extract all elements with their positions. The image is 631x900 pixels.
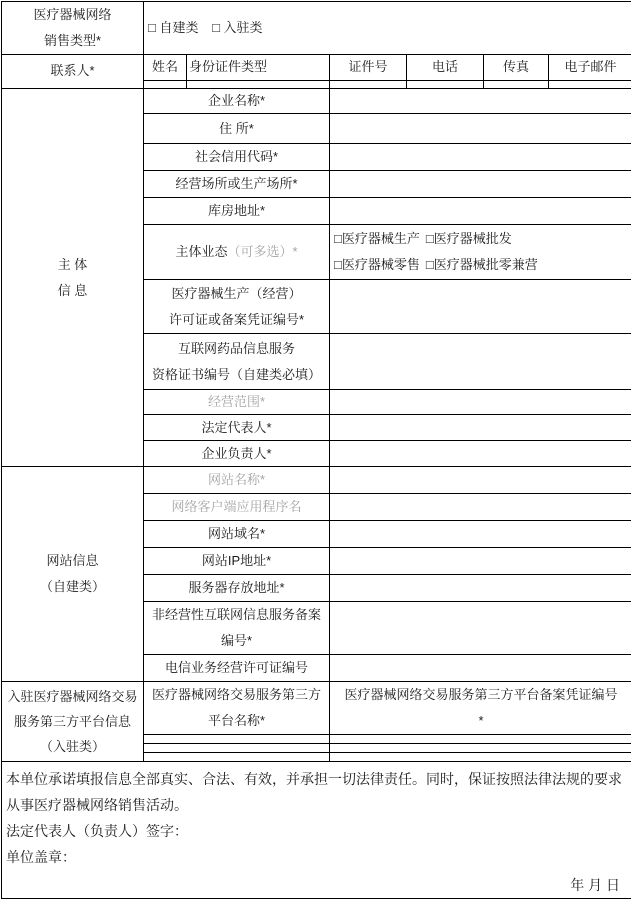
- contact-input-id-type[interactable]: [187, 81, 330, 89]
- platform-name-label-line1: 医疗器械网络交易服务第三方: [144, 682, 329, 708]
- platform-cert-input-row2[interactable]: [330, 744, 631, 753]
- legal-representative-label: 法定代表人*: [144, 415, 330, 441]
- subject-section-label-line1: 主 体: [2, 252, 143, 278]
- contact-input-fax[interactable]: [484, 81, 549, 89]
- internet-drug-cert-label-line1: 互联网药品信息服务: [144, 336, 329, 362]
- license-number-label-cell: 医疗器械生产（经营） 许可证或备案凭证编号*: [144, 280, 330, 334]
- icp-record-label-line2: 编号*: [144, 628, 329, 654]
- subject-section-label-cell: 主 体 信 息: [2, 89, 144, 467]
- icp-record-label-line1: 非经营性互联网信息服务备案: [144, 602, 329, 628]
- telecom-license-input[interactable]: [330, 655, 631, 682]
- legal-representative-input[interactable]: [330, 415, 631, 441]
- declaration-line1: 本单位承诺填报信息全部真实、合法、有效，并承担一切法律责任。同时，保证按照法律法…: [6, 766, 628, 792]
- sales-type-options-cell: □ 自建类 □ 入驻类: [144, 2, 631, 55]
- company-head-input[interactable]: [330, 441, 631, 467]
- platform-cert-label-cell: 医疗器械网络交易服务第三方平台备案凭证编号 *: [330, 682, 631, 735]
- checkbox-device-wholesale[interactable]: □医疗器械批发: [426, 231, 512, 246]
- business-type-label-suffix: （可多选）*: [227, 244, 297, 259]
- internet-drug-cert-label-line2: 资格证书编号（自建类必填）: [144, 362, 329, 388]
- business-type-label-cell: 主体业态（可多选）*: [144, 225, 330, 280]
- warehouse-input[interactable]: [330, 198, 631, 225]
- platform-name-label-line2: 平台名称*: [144, 708, 329, 734]
- platform-section-label-line2: 服务第三方平台信息: [2, 709, 143, 734]
- company-name-label: 企业名称*: [144, 89, 330, 114]
- company-head-label: 企业负责人*: [144, 441, 330, 467]
- icp-record-label-cell: 非经营性互联网信息服务备案 编号*: [144, 602, 330, 655]
- platform-name-input-row3[interactable]: [144, 753, 330, 762]
- business-type-options-cell: □医疗器械生产□医疗器械批发 □医疗器械零售□医疗器械批零兼营: [330, 225, 631, 280]
- domain-label: 网站域名*: [144, 521, 330, 548]
- contact-input-name[interactable]: [144, 81, 187, 89]
- subject-section-label-line2: 信 息: [2, 278, 143, 304]
- icp-record-input[interactable]: [330, 602, 631, 655]
- platform-cert-input-row1[interactable]: [330, 735, 631, 744]
- business-type-label: 主体业态: [175, 244, 227, 259]
- website-section-label-line1: 网站信息: [2, 548, 143, 574]
- contact-col-id-number: 证件号: [330, 55, 407, 81]
- client-app-label: 网络客户端应用程序名: [144, 494, 330, 521]
- platform-name-input-row2[interactable]: [144, 744, 330, 753]
- warehouse-label: 库房地址*: [144, 198, 330, 225]
- credit-code-input[interactable]: [330, 144, 631, 171]
- contact-col-id-type: 身份证件类型: [187, 55, 330, 81]
- ip-address-label: 网站IP地址*: [144, 548, 330, 575]
- platform-cert-input-row3[interactable]: [330, 753, 631, 762]
- registration-form-table: 医疗器械网络 销售类型* □ 自建类 □ 入驻类 联系人* 姓名 身份证件类型 …: [1, 1, 631, 899]
- license-number-input[interactable]: [330, 280, 631, 334]
- internet-drug-cert-input[interactable]: [330, 334, 631, 390]
- checkbox-device-production[interactable]: □医疗器械生产: [334, 231, 420, 246]
- checkbox-device-retail[interactable]: □医疗器械零售: [334, 257, 420, 272]
- website-section-label-cell: 网站信息 （自建类）: [2, 467, 144, 682]
- premises-input[interactable]: [330, 171, 631, 198]
- contact-input-email[interactable]: [549, 81, 631, 89]
- residence-input[interactable]: [330, 114, 631, 144]
- platform-cert-label-line2: *: [330, 708, 631, 734]
- contact-col-fax: 传真: [484, 55, 549, 81]
- ip-address-input[interactable]: [330, 548, 631, 575]
- platform-section-label-line1: 入驻医疗器械网络交易: [2, 684, 143, 709]
- server-address-label: 服务器存放地址*: [144, 575, 330, 602]
- website-section-label-line2: （自建类）: [2, 574, 143, 600]
- platform-section-label-cell: 入驻医疗器械网络交易 服务第三方平台信息 （入驻类）: [2, 682, 144, 762]
- site-name-input[interactable]: [330, 467, 631, 494]
- internet-drug-cert-label-cell: 互联网药品信息服务 资格证书编号（自建类必填）: [144, 334, 330, 390]
- client-app-input[interactable]: [330, 494, 631, 521]
- contact-col-name: 姓名: [144, 55, 187, 81]
- premises-label: 经营场所或生产场所*: [144, 171, 330, 198]
- signature-label: 法定代表人（负责人）签字：: [6, 818, 628, 844]
- declaration-cell: 本单位承诺填报信息全部真实、合法、有效，并承担一切法律责任。同时，保证按照法律法…: [2, 762, 631, 899]
- credit-code-label: 社会信用代码*: [144, 144, 330, 171]
- contact-col-email: 电子邮件: [549, 55, 631, 81]
- declaration-line2: 从事医疗器械网络销售活动。: [6, 792, 628, 818]
- license-number-label-line1: 医疗器械生产（经营）: [144, 281, 329, 307]
- sales-type-label-cell: 医疗器械网络 销售类型*: [2, 2, 144, 55]
- business-scope-label: 经营范围*: [144, 390, 330, 415]
- sales-type-label-line1: 医疗器械网络: [2, 2, 143, 28]
- contact-input-phone[interactable]: [407, 81, 484, 89]
- telecom-license-label: 电信业务经营许可证编号: [144, 655, 330, 682]
- date-label: 年 月 日: [6, 872, 628, 898]
- checkbox-platform-entry-type[interactable]: □ 入驻类: [212, 20, 262, 35]
- server-address-input[interactable]: [330, 575, 631, 602]
- form-sheet: 医疗器械网络 销售类型* □ 自建类 □ 入驻类 联系人* 姓名 身份证件类型 …: [0, 0, 631, 900]
- contact-label-cell: 联系人*: [2, 55, 144, 89]
- company-name-input[interactable]: [330, 89, 631, 114]
- platform-name-input-row1[interactable]: [144, 735, 330, 744]
- platform-section-label-line3: （入驻类）: [2, 734, 143, 759]
- license-number-label-line2: 许可证或备案凭证编号*: [144, 307, 329, 333]
- seal-label: 单位盖章：: [6, 844, 628, 870]
- checkbox-self-built-type[interactable]: □ 自建类: [148, 20, 198, 35]
- checkbox-device-mixed[interactable]: □医疗器械批零兼营: [426, 257, 538, 272]
- site-name-label: 网站名称*: [144, 467, 330, 494]
- business-scope-input[interactable]: [330, 390, 631, 415]
- platform-name-label-cell: 医疗器械网络交易服务第三方 平台名称*: [144, 682, 330, 735]
- domain-input[interactable]: [330, 521, 631, 548]
- contact-input-id-number[interactable]: [330, 81, 407, 89]
- sales-type-label-line2: 销售类型*: [2, 28, 143, 54]
- platform-cert-label-line1: 医疗器械网络交易服务第三方平台备案凭证编号: [330, 682, 631, 708]
- residence-label: 住 所*: [144, 114, 330, 144]
- contact-col-phone: 电话: [407, 55, 484, 81]
